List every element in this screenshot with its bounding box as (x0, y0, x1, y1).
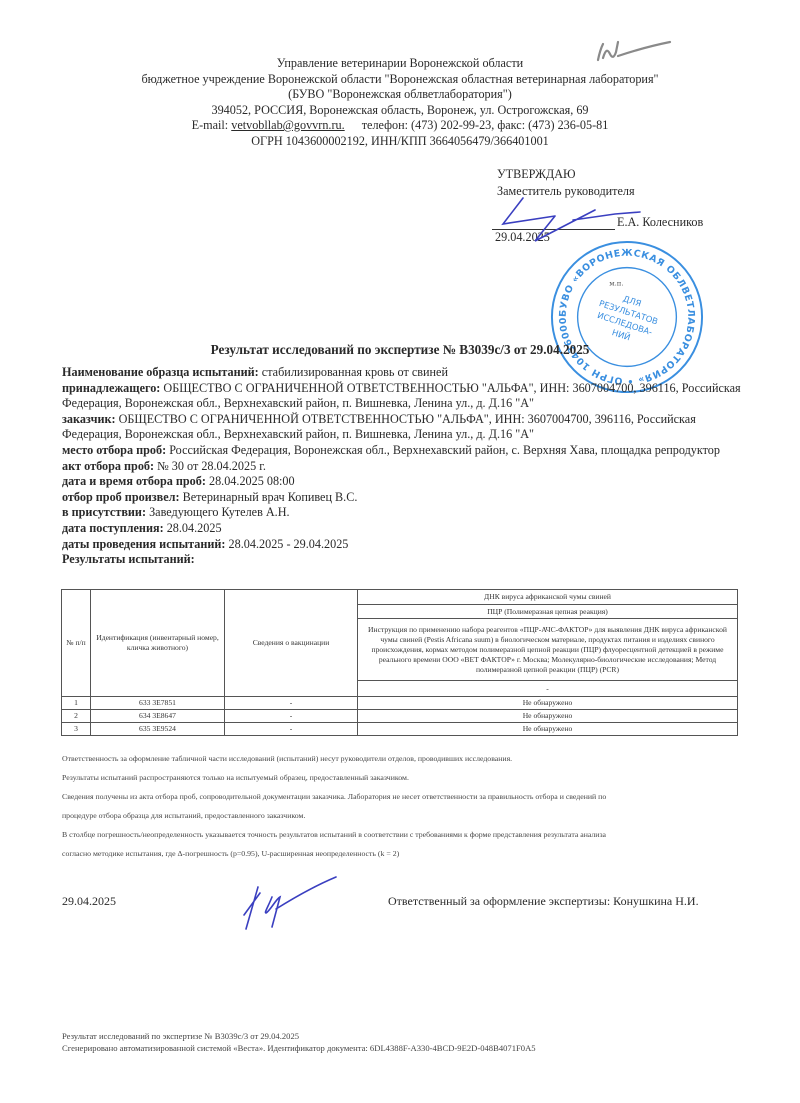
row-num: 1 (62, 697, 91, 710)
note-scope: Результаты испытаний распространяются то… (62, 768, 742, 787)
header-line-2: бюджетное учреждение Воронежской области… (0, 72, 800, 88)
sample-details: Наименование образца испытаний: стабилиз… (62, 365, 742, 568)
col-header-units: - (358, 681, 738, 697)
header-contacts: E-mail: vetvobllab@govvrn.ru. телефон: (… (0, 118, 800, 134)
field-value: 28.04.2025 (167, 521, 222, 535)
field-label: дата и время отбора проб: (62, 474, 206, 488)
col-header-num: № п/п (62, 590, 91, 697)
results-heading: Результаты испытаний: (62, 552, 742, 568)
email-link[interactable]: vetvobllab@govvrn.ru. (231, 118, 344, 132)
field-value: ОБЩЕСТВО С ОГРАНИЧЕННОЙ ОТВЕТСТВЕННОСТЬЮ… (62, 412, 696, 442)
responsible-signature-icon (232, 873, 342, 933)
note-uncertainty: В столбце погрешность/неопределенность у… (62, 825, 742, 844)
field-sampled-by: отбор проб произвел: Ветеринарный врач К… (62, 490, 742, 506)
row-vaccination: - (225, 710, 358, 723)
header-line-1: Управление ветеринарии Воронежской облас… (0, 56, 800, 72)
svg-text:м.п.: м.п. (609, 279, 623, 287)
field-owner: принадлежащего: ОБЩЕСТВО С ОГРАНИЧЕННОЙ … (62, 381, 742, 412)
field-label: даты проведения испытаний: (62, 537, 226, 551)
field-sampling-place: место отбора проб: Российская Федерация,… (62, 443, 742, 459)
footer-doc-ref: Результат исследований по экспертизе № В… (62, 1030, 536, 1042)
organization-header: Управление ветеринарии Воронежской облас… (0, 56, 800, 149)
field-label: в присутствии: (62, 505, 146, 519)
approval-title: УТВЕРЖДАЮ (497, 166, 635, 183)
field-value: ОБЩЕСТВО С ОГРАНИЧЕННОЙ ОТВЕТСТВЕННОСТЬЮ… (62, 381, 741, 411)
document-title: Результат исследований по экспертизе № В… (0, 342, 800, 358)
field-value: 28.04.2025 08:00 (209, 474, 295, 488)
header-registration: ОГРН 1043600002192, ИНН/КПП 3664056479/3… (0, 134, 800, 150)
field-sampling-act: акт отбора проб: № 30 от 28.04.2025 г. (62, 459, 742, 475)
row-result: Не обнаружено (358, 697, 738, 710)
table-row: 1 633 3E7851 - Не обнаружено (62, 697, 738, 710)
table-row: 3 635 3E9524 - Не обнаружено (62, 723, 738, 736)
field-value: 28.04.2025 - 29.04.2025 (229, 537, 349, 551)
row-result: Не обнаружено (358, 723, 738, 736)
col-header-method: ПЦР (Полимеразная цепная реакция) (358, 605, 738, 619)
results-table: № п/п Идентификация (инвентарный номер, … (61, 589, 738, 736)
field-sampling-datetime: дата и время отбора проб: 28.04.2025 08:… (62, 474, 742, 490)
row-vaccination: - (225, 723, 358, 736)
row-result: Не обнаружено (358, 710, 738, 723)
field-customer: заказчик: ОБЩЕСТВО С ОГРАНИЧЕННОЙ ОТВЕТС… (62, 412, 742, 443)
field-sample-name: Наименование образца испытаний: стабилиз… (62, 365, 742, 381)
col-header-indicator: ДНК вируса африканской чумы свиней (358, 590, 738, 605)
row-vaccination: - (225, 697, 358, 710)
field-value: Ветеринарный врач Копивец В.С. (183, 490, 358, 504)
field-label: Наименование образца испытаний: (62, 365, 259, 379)
note-uncertainty-cont: согласно методике испытания, где Δ-погре… (62, 844, 742, 863)
row-num: 2 (62, 710, 91, 723)
col-header-nd: Инструкция по применению набора реагенто… (358, 619, 738, 681)
header-line-3: (БУВО "Воронежская облветлаборатория") (0, 87, 800, 103)
field-test-dates: даты проведения испытаний: 28.04.2025 - … (62, 537, 742, 553)
table-row: 2 634 3E8647 - Не обнаружено (62, 710, 738, 723)
note-sources: Сведения получены из акта отбора проб, с… (62, 787, 742, 806)
col-header-vaccination: Сведения о вакцинации (225, 590, 358, 697)
results-heading-text: Результаты испытаний: (62, 552, 195, 566)
row-num: 3 (62, 723, 91, 736)
footer-date: 29.04.2025 (62, 894, 116, 909)
field-label: заказчик: (62, 412, 116, 426)
field-label: дата поступления: (62, 521, 164, 535)
header-address: 394052, РОССИЯ, Воронежская область, Вор… (0, 103, 800, 119)
field-label: место отбора проб: (62, 443, 166, 457)
row-ident: 635 3E9524 (91, 723, 225, 736)
field-value: Российская Федерация, Воронежская обл., … (169, 443, 720, 457)
note-sources-cont: процедуре отбора образца для испытаний, … (62, 806, 742, 825)
field-label: принадлежащего: (62, 381, 160, 395)
notes-block: Ответственность за оформление табличной … (62, 749, 742, 863)
approval-block: УТВЕРЖДАЮ Заместитель руководителя (497, 166, 635, 200)
row-ident: 634 3E8647 (91, 710, 225, 723)
field-value: стабилизированная кровь от свиней (262, 365, 448, 379)
field-in-presence: в присутствии: Заведующего Кутелев А.Н. (62, 505, 742, 521)
field-label: отбор проб произвел: (62, 490, 180, 504)
email-label: E-mail: (192, 118, 229, 132)
phone-fax: телефон: (473) 202-99-23, факс: (473) 23… (362, 118, 609, 132)
footer-doc-id: Сгенерировано автоматизированной системо… (62, 1042, 536, 1054)
responsible-person: Ответственный за оформление экспертизы: … (388, 894, 699, 909)
field-value: Заведующего Кутелев А.Н. (149, 505, 290, 519)
field-received-date: дата поступления: 28.04.2025 (62, 521, 742, 537)
page-footer: Результат исследований по экспертизе № В… (62, 1030, 536, 1054)
field-label: акт отбора проб: (62, 459, 154, 473)
row-ident: 633 3E7851 (91, 697, 225, 710)
col-header-ident: Идентификация (инвентарный номер, кличка… (91, 590, 225, 697)
note-responsibility: Ответственность за оформление табличной … (62, 749, 742, 768)
field-value: № 30 от 28.04.2025 г. (157, 459, 266, 473)
